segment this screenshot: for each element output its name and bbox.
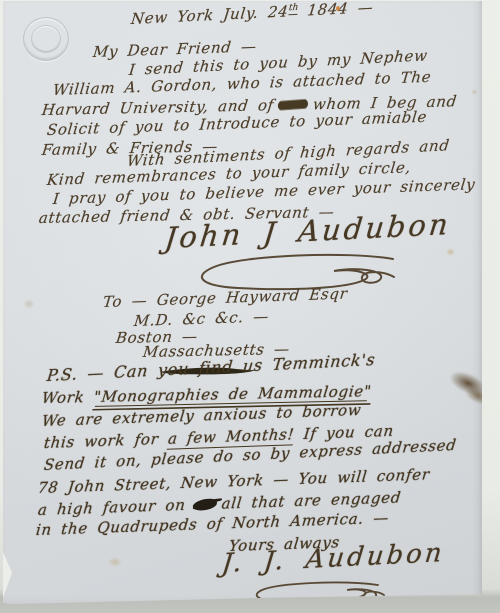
embossed-seal-icon bbox=[23, 17, 69, 61]
dateline-place-date: New York July. 24 bbox=[130, 2, 290, 28]
foxing-spot bbox=[471, 89, 478, 95]
foxing-spot bbox=[336, 6, 340, 11]
ink-blot bbox=[192, 498, 216, 512]
ps-line-2-pre: Work bbox=[41, 388, 95, 407]
dateline-ordinal: th bbox=[288, 3, 299, 16]
paper-edge-notch bbox=[3, 552, 12, 598]
dateline-year: 1844 — bbox=[306, 0, 374, 19]
brown-smudge-stain bbox=[442, 361, 500, 412]
foxing-spot bbox=[59, 375, 67, 382]
ps-line-4-pre: this work for bbox=[43, 430, 169, 452]
signature-flourish-2 bbox=[250, 582, 385, 604]
address-line-degrees: M.D. &c &c. — bbox=[133, 307, 270, 330]
letter-paper: New York July. 24th 1844 — My Dear Frien… bbox=[3, 1, 482, 609]
foxing-spot bbox=[108, 557, 122, 567]
foxing-spot bbox=[446, 248, 455, 256]
foxing-spot bbox=[23, 299, 35, 309]
letter-scan: New York July. 24th 1844 — My Dear Frien… bbox=[0, 0, 500, 613]
dateline: New York July. 24th 1844 — bbox=[130, 0, 374, 28]
scratched-out-word bbox=[278, 100, 309, 110]
address-line-to: To — George Hayward Esqr bbox=[102, 284, 349, 311]
